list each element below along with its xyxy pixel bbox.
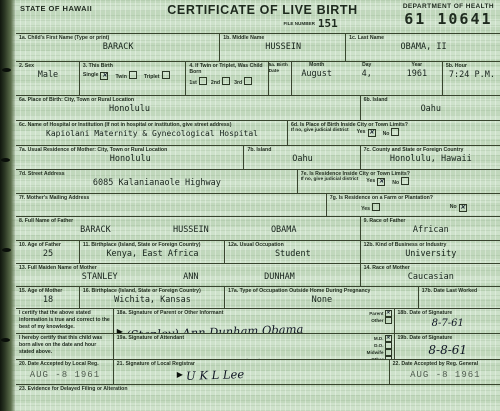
field-hospital: 6c. Name of Hospital or Institution (If … xyxy=(16,121,287,145)
option-md: M.D.✕ xyxy=(367,335,392,342)
registrar-signature-value: U K L Lee xyxy=(186,367,245,383)
sex-value: Male xyxy=(19,71,77,80)
hospital-value: Kapiolani Maternity & Gynecological Hosp… xyxy=(19,130,285,139)
option-twin: Twin xyxy=(115,71,136,80)
field-birth-date: 5a. Birth Date Month August Day 4, Year … xyxy=(268,62,442,95)
field-this-birth: 3. This Birth Single✕ Twin Triplet xyxy=(79,62,185,95)
child-middle-name-value: HUSSEIN xyxy=(223,43,343,52)
field-father-race: 9. Race of Father African xyxy=(360,217,500,240)
place-of-birth-value: Honolulu xyxy=(19,105,358,114)
mother-middle-name: ANN xyxy=(183,273,198,282)
checkbox-other-informant xyxy=(385,317,392,324)
checkbox-md: ✕ xyxy=(385,335,392,342)
field-date-last-worked: 17b. Date Last Worked xyxy=(418,287,500,308)
checkbox-single: ✕ xyxy=(100,72,108,80)
option-triplet: Triplet xyxy=(144,71,170,80)
file-number-label: FILE NUMBER xyxy=(284,21,315,26)
checkbox-yes-6d: ✕ xyxy=(368,129,376,137)
option-yes: Yes✕ xyxy=(366,178,385,186)
field-birth-inside-limits: 6d. Is Place of Birth Inside City or Tow… xyxy=(287,121,500,145)
binder-mark xyxy=(2,68,11,72)
field-father-birthplace: 11. Birthplace (Island, State or Foreign… xyxy=(79,241,224,263)
field-mother-age: 15. Age of Mother 18 xyxy=(16,287,79,308)
child-first-name-value: BARACK xyxy=(19,43,217,52)
page-binding-edge xyxy=(0,0,16,411)
checkbox-twin xyxy=(129,71,137,79)
field-father-occupation: 12a. Usual Occupation Student xyxy=(224,241,360,263)
father-occupation-value: Student xyxy=(228,250,358,259)
mother-race-value: Caucasian xyxy=(364,273,498,282)
checkbox-1st xyxy=(199,77,207,85)
field-hour: 5b. Hour 7:24 P.M. xyxy=(442,62,500,95)
father-age-value: 25 xyxy=(19,250,77,259)
state-label: STATE OF HAWAII xyxy=(20,4,92,33)
checkbox-yes-7e: ✕ xyxy=(377,178,385,186)
mother-residence-value: Honolulu xyxy=(19,155,241,164)
birth-day-value: 4, xyxy=(342,70,392,79)
mother-birthplace-value: Wichita, Kansas xyxy=(83,296,222,305)
birth-day: Day 4, xyxy=(342,62,392,95)
checkbox-no-6d xyxy=(391,128,399,136)
checkbox-other-attendant xyxy=(385,356,392,359)
field-child-last-name: 1c. Last Name OBAMA, II xyxy=(345,34,500,61)
option-no: No xyxy=(392,177,409,186)
father-first-name: BARACK xyxy=(80,226,111,235)
department-label: DEPARTMENT OF HEALTH xyxy=(403,3,494,10)
mother-age-value: 18 xyxy=(19,296,77,305)
local-registrar-date-stamp: AUG -8 1961 xyxy=(19,370,111,380)
registrar-general-date-stamp: AUG -8 1961 xyxy=(393,370,498,380)
checkbox-triplet xyxy=(162,71,170,79)
field-child-first-name: 1a. Child's First Name (Type or print) B… xyxy=(16,34,219,61)
checkbox-parent: ✕ xyxy=(385,310,392,317)
field-island-residence: 7b. Island Oahu xyxy=(243,146,359,169)
option-yes: Yes xyxy=(361,203,380,212)
field-sex: 2. Sex Male xyxy=(16,62,79,95)
field-parent-signature-date: 18b. Date of Signature 8-7-61 xyxy=(394,309,500,333)
field-parent-signature: 18a. Signature of Parent or Other Inform… xyxy=(113,309,394,333)
field-mother-birthplace: 16. Birthplace (Island, State or Foreign… xyxy=(79,287,224,308)
option-2nd: 2nd xyxy=(211,77,230,86)
field-date-accepted-local: 20. Date Accepted by Local Reg. AUG -8 1… xyxy=(16,360,113,384)
birth-date-side-label: 5a. Birth Date xyxy=(269,62,292,95)
checkbox-yes-7g xyxy=(372,203,380,211)
field-delayed-filing-evidence: 23. Evidence for Delayed Filing or Alter… xyxy=(16,385,500,411)
birth-year-value: 1961 xyxy=(392,70,442,79)
street-address-value: 6085 Kalanianaole Highway xyxy=(19,179,295,188)
checkbox-2nd xyxy=(222,77,230,85)
option-parent: Parent✕ xyxy=(369,310,391,317)
field-mailing-address: 7f. Mother's Mailing Address xyxy=(16,194,326,216)
parent-signature-date-value: 8-7-61 xyxy=(398,318,498,329)
document-header: STATE OF HAWAII CERTIFICATE OF LIVE BIRT… xyxy=(16,0,500,33)
option-other-attendant: Other xyxy=(367,356,392,359)
father-last-name: OBAMA xyxy=(271,226,297,235)
option-yes: Yes✕ xyxy=(357,129,376,137)
field-child-middle-name: 1b. Middle Name HUSSEIN xyxy=(219,34,345,61)
field-place-of-birth: 6a. Place of Birth: City, Town or Rural … xyxy=(16,96,360,120)
field-street-address: 7d. Street Address 6085 Kalanianaole Hig… xyxy=(16,170,297,193)
option-3rd: 3rd xyxy=(234,77,252,86)
county-state-value: Honolulu, Hawaii xyxy=(364,155,498,164)
field-father-name: 8. Full Name of Father BARACK HUSSEIN OB… xyxy=(16,217,360,240)
field-attendant-signature: 19a. Signature of Attendant M.D.✕ D.O. M… xyxy=(113,334,394,359)
binder-mark xyxy=(1,158,10,162)
father-industry-value: University xyxy=(364,250,498,259)
binder-mark xyxy=(2,248,11,252)
checkbox-midwife xyxy=(385,349,392,356)
hour-value: 7:24 P.M. xyxy=(446,71,498,80)
field-residence-inside-limits: 7e. Is Residence Inside City or Town Lim… xyxy=(297,170,500,193)
document-title: CERTIFICATE OF LIVE BIRTH xyxy=(167,3,357,17)
option-no: No✕ xyxy=(450,204,467,212)
mother-occupation-value: None xyxy=(228,296,416,305)
field-father-industry: 12b. Kind of Business or Industry Univer… xyxy=(360,241,500,263)
signature-arrow-icon: ▶ xyxy=(117,328,123,333)
mother-first-name: STANLEY xyxy=(82,273,118,282)
birth-year: Year 1961 xyxy=(392,62,442,95)
island-residence-value: Oahu xyxy=(247,155,357,164)
option-midwife: Midwife xyxy=(367,349,392,356)
option-no: No xyxy=(383,128,400,137)
field-father-age: 10. Age of Father 25 xyxy=(16,241,79,263)
parent-certification-statement: I certify that the above stated informat… xyxy=(16,309,113,333)
option-do: D.O. xyxy=(367,342,392,349)
father-middle-name: HUSSEIN xyxy=(173,226,209,235)
field-attendant-signature-date: 19b. Date of Signature 8-8-61 xyxy=(394,334,500,359)
field-mother-occupation: 17a. Type of Occupation Outside Home Dur… xyxy=(224,287,418,308)
field-county-state: 7c. County and State or Foreign Country … xyxy=(360,146,500,169)
birth-certificate-document: STATE OF HAWAII CERTIFICATE OF LIVE BIRT… xyxy=(0,0,500,411)
file-number-value: 151 xyxy=(318,17,338,30)
field-mother-race: 14. Race of Mother Caucasian xyxy=(360,264,500,286)
certificate-number: 61 10641 xyxy=(403,10,494,28)
mother-maiden-name: DUNHAM xyxy=(264,273,295,282)
checkbox-3rd xyxy=(244,77,252,85)
field-island-birth: 6b. Island Oahu xyxy=(360,96,500,120)
island-birth-value: Oahu xyxy=(364,105,498,114)
option-other-informant: Other xyxy=(369,317,391,324)
attendant-certification-statement: I hereby certify that this child was bor… xyxy=(16,334,113,359)
father-birthplace-value: Kenya, East Africa xyxy=(83,250,222,259)
birth-month: Month August xyxy=(292,62,342,95)
checkbox-no-7g: ✕ xyxy=(459,204,467,212)
field-farm-plantation: 7g. Is Residence on a Farm or Plantation… xyxy=(326,194,500,216)
field-mother-name: 13. Full Maiden Name of Mother STANLEY A… xyxy=(16,264,360,286)
attendant-signature-date-value: 8-8-61 xyxy=(398,343,498,357)
checkbox-do xyxy=(385,342,392,349)
option-1st: 1st xyxy=(189,77,207,86)
checkbox-no-7e xyxy=(401,177,409,185)
father-race-value: African xyxy=(364,226,498,235)
field-date-accepted-general: 22. Date Accepted by Reg. General AUG -8… xyxy=(389,360,500,384)
field-twin-order: 4. If Twin or Triplet, Was Child Born 1s… xyxy=(185,62,267,95)
field-mother-residence: 7a. Usual Residence of Mother: City, Tow… xyxy=(16,146,243,169)
binder-mark xyxy=(1,338,10,342)
signature-arrow-icon: ▶ xyxy=(177,371,183,379)
child-last-name-value: OBAMA, II xyxy=(349,43,498,52)
option-single: Single✕ xyxy=(83,72,109,80)
birth-month-value: August xyxy=(292,70,342,79)
field-registrar-signature: 21. Signature of Local Registrar ▶ U K L… xyxy=(113,360,389,384)
